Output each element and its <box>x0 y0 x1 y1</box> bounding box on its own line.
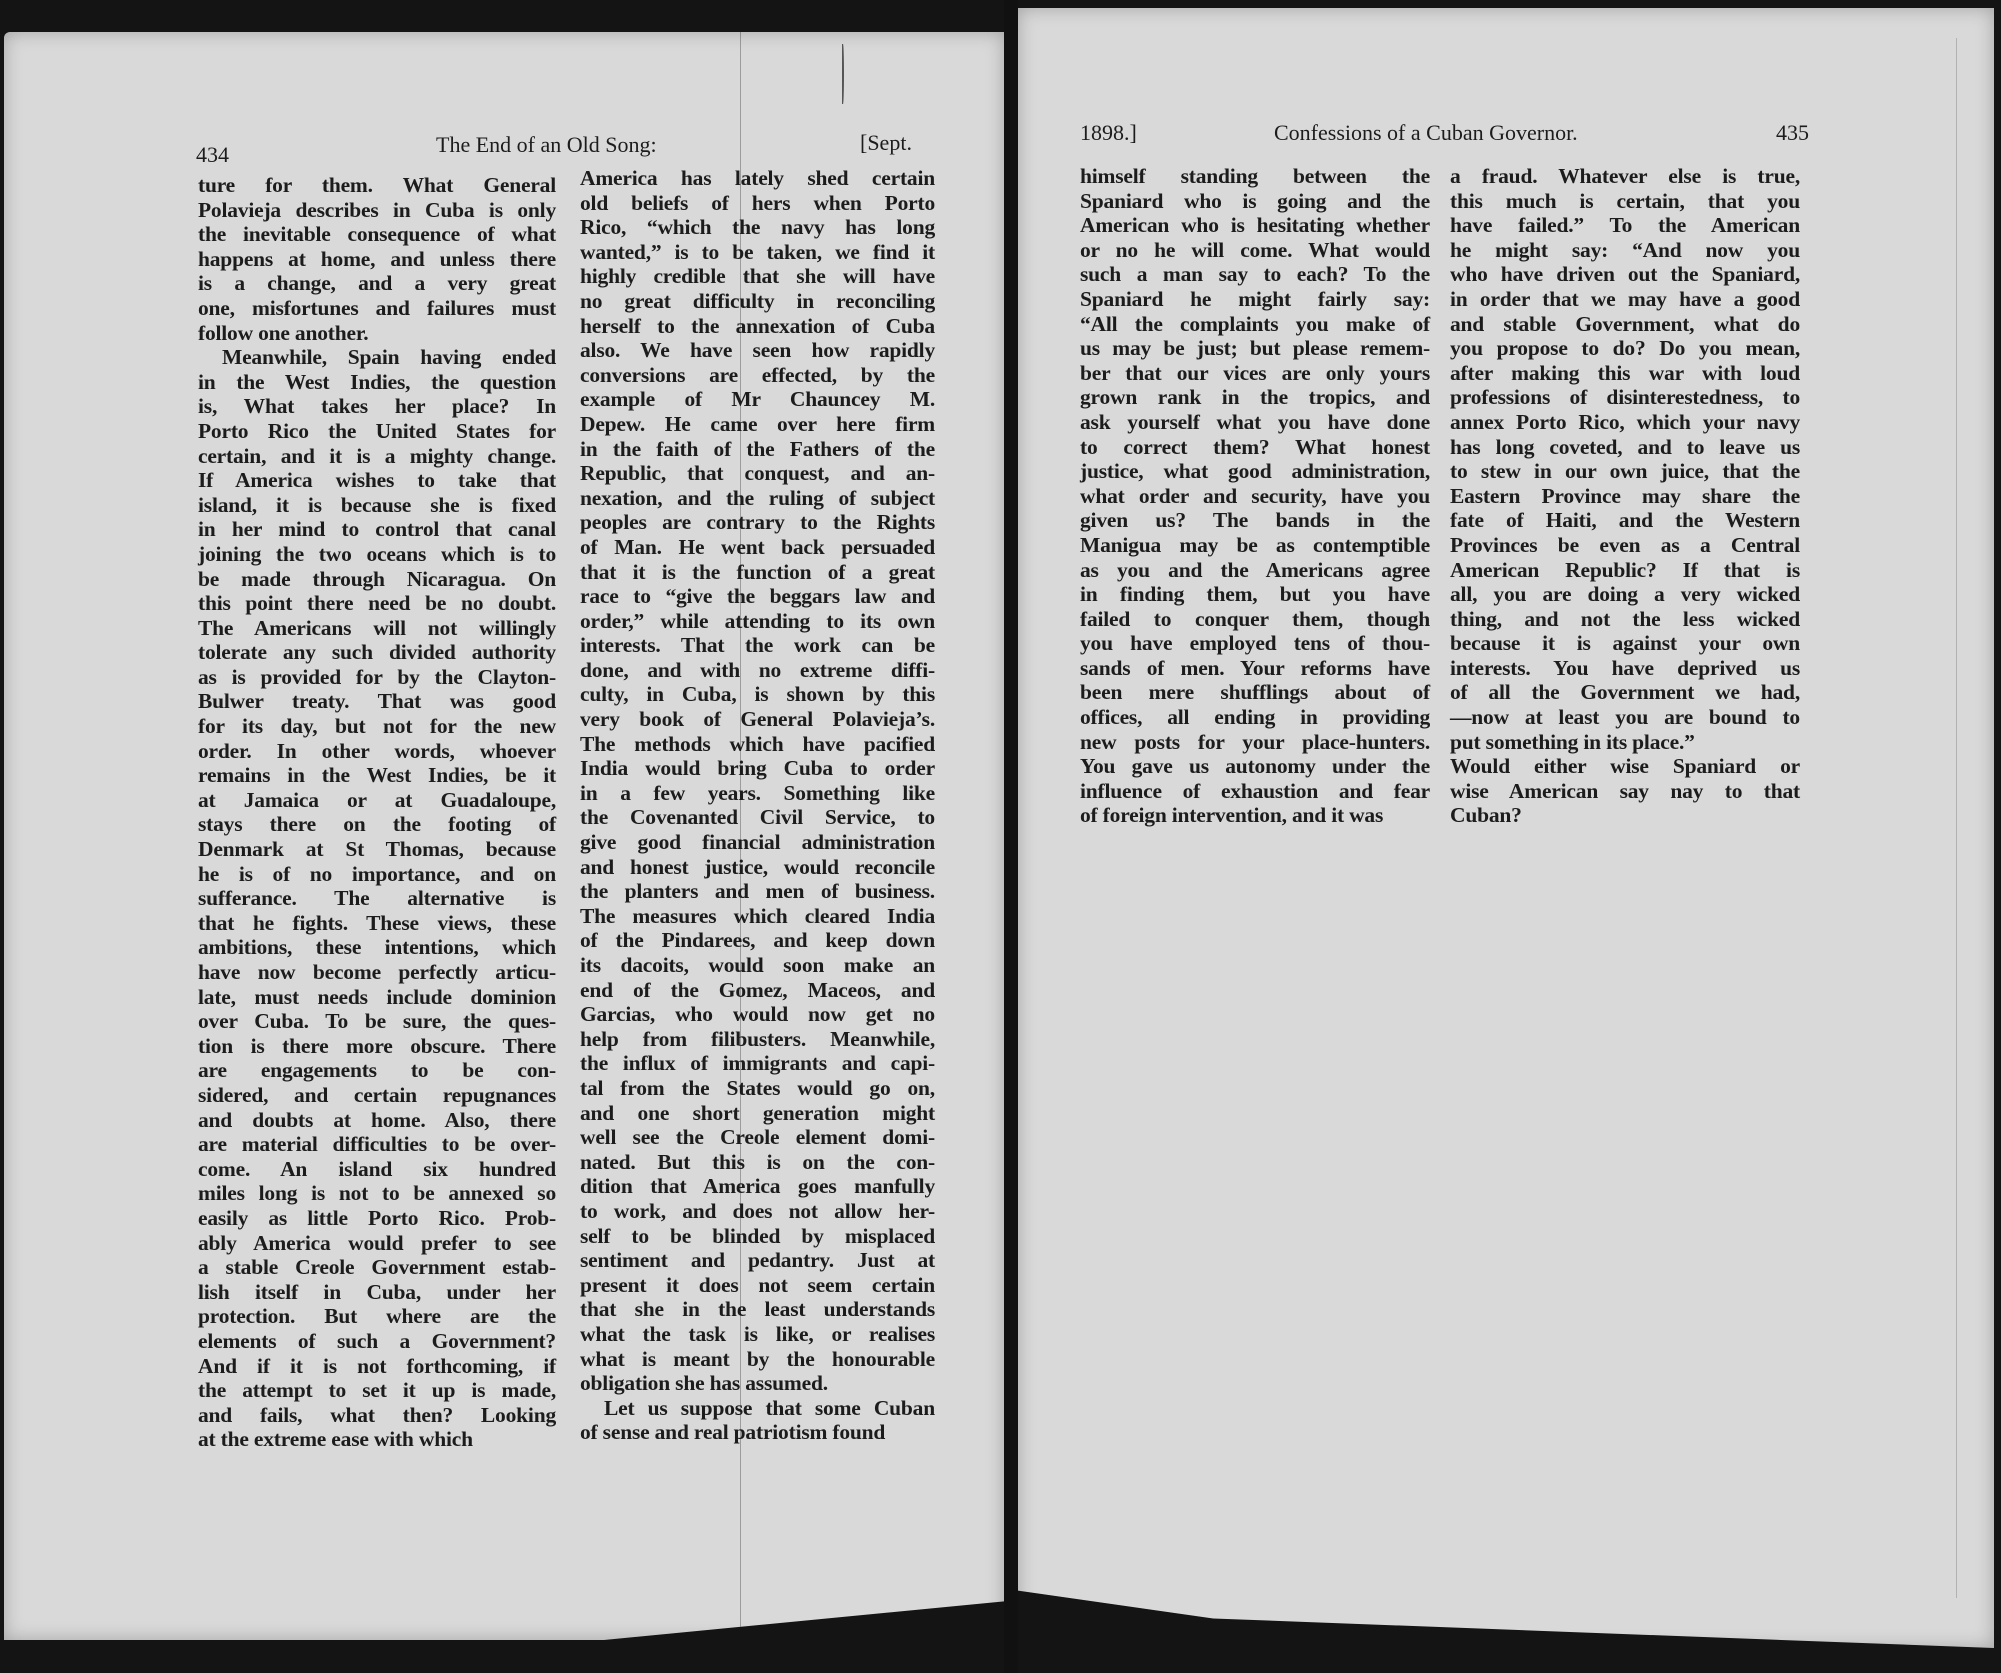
text-line: Rico, “which the navy has long <box>580 215 935 240</box>
text-line: protection. But where are the <box>198 1304 556 1329</box>
text-line: certain, and it is a mighty change. <box>198 444 556 469</box>
text-line: in the faith of the Fathers of the <box>580 437 935 462</box>
text-line: its dacoits, would soon make an <box>580 953 935 978</box>
text-line: help from filibusters. Meanwhile, <box>580 1027 935 1052</box>
text-line: what the task is like, or realises <box>580 1322 935 1347</box>
text-line: wanted,” is to be taken, we find it <box>580 240 935 265</box>
page-number: 434 <box>196 142 229 168</box>
text-line: ably America would prefer to see <box>198 1231 556 1256</box>
text-line: interests. That the work can be <box>580 633 935 658</box>
text-line: Bulwer treaty. That was good <box>198 689 556 714</box>
text-line: Garcias, who would now get no <box>580 1002 935 1027</box>
text-line: for its day, but not for the new <box>198 714 556 739</box>
text-line: also. We have seen how rapidly <box>580 338 935 363</box>
text-line: tal from the States would go on, <box>580 1076 935 1101</box>
text-line: order. In other words, whoever <box>198 739 556 764</box>
text-line: Porto Rico the United States for <box>198 419 556 444</box>
date-mark: [Sept. <box>860 130 912 156</box>
text-line: Spaniard he might fairly say: <box>1080 287 1430 312</box>
text-line: American who is hesitating whether <box>1080 213 1430 238</box>
text-line: obligation she has assumed. <box>580 1371 935 1396</box>
text-line: have now become perfectly articu- <box>198 960 556 985</box>
text-line: sidered, and certain repugnances <box>198 1083 556 1108</box>
text-line: influence of exhaustion and fear <box>1080 779 1430 804</box>
text-line: you propose to do? Do you mean, <box>1450 336 1800 361</box>
text-line: ask yourself what you have done <box>1080 410 1430 435</box>
text-line: stays there on the footing of <box>198 812 556 837</box>
text-line: what order and security, have you <box>1080 484 1430 509</box>
text-line: to correct them? What honest <box>1080 435 1430 460</box>
text-line: America has lately shed certain <box>580 166 935 191</box>
text-line: and fails, what then? Looking <box>198 1403 556 1428</box>
page-number: 435 <box>1776 120 1809 146</box>
text-line: Cuban? <box>1450 803 1800 828</box>
text-line: happens at home, and unless there <box>198 247 556 272</box>
text-line: have failed.” To the American <box>1450 213 1800 238</box>
text-line: the Covenanted Civil Service, to <box>580 805 935 830</box>
text-line: American Republic? If that is <box>1450 558 1800 583</box>
text-line: The measures which cleared India <box>580 904 935 929</box>
book-gutter <box>1004 0 1018 1673</box>
running-title: The End of an Old Song: <box>436 132 657 158</box>
text-line: Let us suppose that some Cuban <box>580 1396 935 1421</box>
text-line: has long coveted, and to leave us <box>1450 435 1800 460</box>
text-line: If America wishes to take that <box>198 468 556 493</box>
text-line: at the extreme ease with which <box>198 1427 556 1452</box>
text-line: put something in its place.” <box>1450 730 1800 755</box>
text-line: dition that America goes manfully <box>580 1174 935 1199</box>
text-line: wise American say nay to that <box>1450 779 1800 804</box>
text-line: are material difficulties to be over- <box>198 1132 556 1157</box>
text-column-right: America has lately shed certainold belie… <box>580 166 935 1445</box>
text-line: that it is the function of a great <box>580 560 935 585</box>
left-page: 434 The End of an Old Song: [Sept. ture … <box>4 32 1004 1640</box>
text-line: of foreign intervention, and it was <box>1080 803 1430 828</box>
text-line: a fraud. Whatever else is true, <box>1450 164 1800 189</box>
text-line: after making this war with loud <box>1450 361 1800 386</box>
text-line: to stew in our own juice, that the <box>1450 459 1800 484</box>
paper-mark <box>842 44 844 104</box>
text-line: in her mind to control that canal <box>198 517 556 542</box>
text-line: India would bring Cuba to order <box>580 756 935 781</box>
text-line: of Man. He went back persuaded <box>580 535 935 560</box>
text-line: in order that we may have a good <box>1450 287 1800 312</box>
text-line: over Cuba. To be sure, the ques- <box>198 1009 556 1034</box>
text-line: The Americans will not willingly <box>198 616 556 641</box>
text-line: you have employed tens of thou- <box>1080 631 1430 656</box>
text-line: justice, what good administration, <box>1080 459 1430 484</box>
text-line: Spaniard who is going and the <box>1080 189 1430 214</box>
text-line: Manigua may be as contemptible <box>1080 533 1430 558</box>
text-line: Meanwhile, Spain having ended <box>198 345 556 370</box>
text-line: give good financial administration <box>580 830 935 855</box>
text-line: conversions are effected, by the <box>580 363 935 388</box>
text-line: what is meant by the honourable <box>580 1347 935 1372</box>
text-line: nexation, and the ruling of subject <box>580 486 935 511</box>
text-line: Eastern Province may share the <box>1450 484 1800 509</box>
text-line: order,” while attending to its own <box>580 609 935 634</box>
text-line: of all the Government we had, <box>1450 680 1800 705</box>
text-line: sentiment and pedantry. Just at <box>580 1248 935 1273</box>
page-edge-line <box>1956 38 1957 1598</box>
text-line: that she in the least understands <box>580 1297 935 1322</box>
text-line: the inevitable consequence of what <box>198 222 556 247</box>
text-line: been mere shufflings about of <box>1080 680 1430 705</box>
text-line: remains in the West Indies, be it <box>198 763 556 788</box>
text-line: new posts for your place-hunters. <box>1080 730 1430 755</box>
text-line: ber that our vices are only yours <box>1080 361 1430 386</box>
text-line: well see the Creole element domi- <box>580 1125 935 1150</box>
text-line: in the West Indies, the question <box>198 370 556 395</box>
text-line: the planters and men of business. <box>580 879 935 904</box>
text-line: end of the Gomez, Maceos, and <box>580 978 935 1003</box>
text-line: who have driven out the Spaniard, <box>1450 262 1800 287</box>
text-line: one, misfortunes and failures must <box>198 296 556 321</box>
text-line: very book of General Polavieja’s. <box>580 707 935 732</box>
text-line: given us? The bands in the <box>1080 508 1430 533</box>
text-line: that he fights. These views, these <box>198 911 556 936</box>
text-line: “All the complaints you make of <box>1080 312 1430 337</box>
text-line: self to be blinded by misplaced <box>580 1224 935 1249</box>
text-line: Polavieja describes in Cuba is only <box>198 198 556 223</box>
text-line: example of Mr Chauncey M. <box>580 387 935 412</box>
text-line: herself to the annexation of Cuba <box>580 314 935 339</box>
text-line: miles long is not to be annexed so <box>198 1181 556 1206</box>
text-line: offices, all ending in providing <box>1080 705 1430 730</box>
running-title: Confessions of a Cuban Governor. <box>1274 120 1578 146</box>
text-line: of the Pindarees, and keep down <box>580 928 935 953</box>
text-line: to work, and does not allow her- <box>580 1199 935 1224</box>
text-line: of sense and real patriotism found <box>580 1420 935 1445</box>
text-column-left: himself standing between theSpaniard who… <box>1080 164 1430 828</box>
text-line: sufferance. The alternative is <box>198 886 556 911</box>
text-line: And if it is not forthcoming, if <box>198 1354 556 1379</box>
text-line: are engagements to be con- <box>198 1058 556 1083</box>
text-line: sands of men. Your reforms have <box>1080 656 1430 681</box>
text-line: a stable Creole Government estab- <box>198 1255 556 1280</box>
text-line: and one short generation might <box>580 1101 935 1126</box>
text-line: joining the two oceans which is to <box>198 542 556 567</box>
text-line: nated. But this is on the con- <box>580 1150 935 1175</box>
text-line: tolerate any such divided authority <box>198 640 556 665</box>
text-line: grown rank in the tropics, and <box>1080 385 1430 410</box>
text-line: is a change, and a very great <box>198 271 556 296</box>
text-line: done, and with no extreme diffi- <box>580 658 935 683</box>
text-line: all, you are doing a very wicked <box>1450 582 1800 607</box>
text-line: in finding them, but you have <box>1080 582 1430 607</box>
text-line: professions of disinterestedness, to <box>1450 385 1800 410</box>
text-line: island, it is because she is fixed <box>198 493 556 518</box>
text-line: us may be just; but please remem- <box>1080 336 1430 361</box>
text-line: this point there need be no doubt. <box>198 591 556 616</box>
text-line: such a man say to each? To the <box>1080 262 1430 287</box>
text-line: annex Porto Rico, which your navy <box>1450 410 1800 435</box>
text-line: Republic, that conquest, and an- <box>580 461 935 486</box>
text-line: You gave us autonomy under the <box>1080 754 1430 779</box>
text-line: easily as little Porto Rico. Prob- <box>198 1206 556 1231</box>
text-line: lish itself in Cuba, under her <box>198 1280 556 1305</box>
text-line: be made through Nicaragua. On <box>198 567 556 592</box>
text-line: the attempt to set it up is made, <box>198 1378 556 1403</box>
text-line: late, must needs include dominion <box>198 985 556 1010</box>
date-mark: 1898.] <box>1080 120 1137 146</box>
text-line: elements of such a Government? <box>198 1329 556 1354</box>
text-line: as you and the Americans agree <box>1080 558 1430 583</box>
text-line: is, What takes her place? In <box>198 394 556 419</box>
text-line: Would either wise Spaniard or <box>1450 754 1800 779</box>
text-line: ambitions, these intentions, which <box>198 935 556 960</box>
text-line: interests. You have deprived us <box>1450 656 1800 681</box>
text-line: at Jamaica or at Guadaloupe, <box>198 788 556 813</box>
text-line: fate of Haiti, and the Western <box>1450 508 1800 533</box>
text-line: because it is against your own <box>1450 631 1800 656</box>
text-line: race to “give the beggars law and <box>580 584 935 609</box>
text-line: ture for them. What General <box>198 173 556 198</box>
text-line: Denmark at St Thomas, because <box>198 837 556 862</box>
text-line: or no he will come. What would <box>1080 238 1430 263</box>
text-line: he is of no importance, and on <box>198 862 556 887</box>
text-column-right: a fraud. Whatever else is true,this much… <box>1450 164 1800 828</box>
right-page: 1898.] Confessions of a Cuban Governor. … <box>1018 8 1994 1648</box>
text-line: he might say: “And now you <box>1450 238 1800 263</box>
text-line: himself standing between the <box>1080 164 1430 189</box>
text-column-left: ture for them. What GeneralPolavieja des… <box>198 173 556 1452</box>
text-line: highly credible that she will have <box>580 264 935 289</box>
text-line: the influx of immigrants and capi- <box>580 1051 935 1076</box>
text-line: and honest justice, would reconcile <box>580 855 935 880</box>
text-line: present it does not seem certain <box>580 1273 935 1298</box>
text-line: thing, and not the less wicked <box>1450 607 1800 632</box>
text-line: come. An island six hundred <box>198 1157 556 1182</box>
text-line: —now at least you are bound to <box>1450 705 1800 730</box>
text-line: and doubts at home. Also, there <box>198 1108 556 1133</box>
text-line: old beliefs of hers when Porto <box>580 191 935 216</box>
text-line: Depew. He came over here firm <box>580 412 935 437</box>
text-line: The methods which have pacified <box>580 732 935 757</box>
text-line: failed to conquer them, though <box>1080 607 1430 632</box>
text-line: peoples are contrary to the Rights <box>580 510 935 535</box>
text-line: Provinces be even as a Central <box>1450 533 1800 558</box>
text-line: and stable Government, what do <box>1450 312 1800 337</box>
text-line: as is provided for by the Clayton- <box>198 665 556 690</box>
text-line: in a few years. Something like <box>580 781 935 806</box>
text-line: no great difficulty in reconciling <box>580 289 935 314</box>
text-line: tion is there more obscure. There <box>198 1034 556 1059</box>
text-line: culty, in Cuba, is shown by this <box>580 682 935 707</box>
text-line: this much is certain, that you <box>1450 189 1800 214</box>
text-line: follow one another. <box>198 321 556 346</box>
